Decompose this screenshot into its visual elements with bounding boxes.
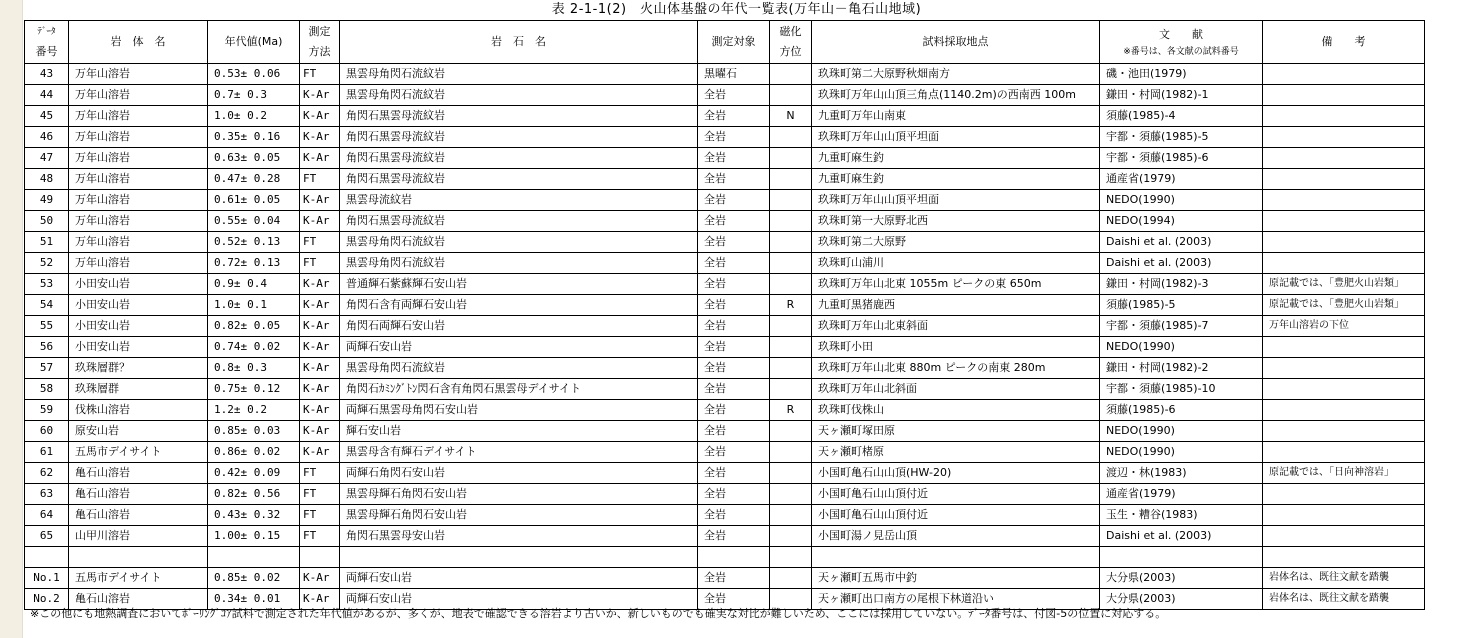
cell-reference: 鎌田・村岡(1982)-3 [1100,274,1263,295]
cell-method: K-Ar [300,442,340,463]
cell-rock-name: 黒雲母輝石角閃石安山岩 [340,505,698,526]
table-row: 62 亀石山溶岩 0.42± 0.09 FT 両輝石角閃石安山岩 全岩 小国町亀… [25,463,1425,484]
cell-rock-name: 両輝石安山岩 [340,568,698,589]
cell-magnetization [770,274,812,295]
cell-age: 0.7± 0.3 [208,85,300,106]
cell-sampling-site: 小国町亀石山山頂付近 [812,484,1100,505]
header-magnetization: 磁化 方位 [770,21,812,64]
cell-body-name: 万年山溶岩 [69,253,208,274]
cell-method: K-Ar [300,190,340,211]
cell-magnetization [770,358,812,379]
cell-remarks [1263,211,1425,232]
cell-remarks: 原記載では、「日向神溶岩」 [1263,463,1425,484]
cell-sampling-site: 九重町麻生釣 [812,148,1100,169]
cell-age: 0.82± 0.56 [208,484,300,505]
cell-target: 全岩 [698,379,770,400]
cell-rock-name: 角閃石黒雲母流紋岩 [340,211,698,232]
cell-method: FT [300,232,340,253]
cell-magnetization [770,463,812,484]
cell-rock-name: 両輝石角閃石安山岩 [340,463,698,484]
cell-body-name: 万年山溶岩 [69,106,208,127]
cell-remarks [1263,232,1425,253]
cell-method: K-Ar [300,127,340,148]
cell-reference: Daishi et al. (2003) [1100,253,1263,274]
cell-rock-name: 黒雲母流紋岩 [340,190,698,211]
cell-age: 0.52± 0.13 [208,232,300,253]
cell-method: K-Ar [300,400,340,421]
cell-body-name: 玖珠層群 [69,379,208,400]
cell-remarks [1263,106,1425,127]
cell-reference: 宇都・須藤(1985)-7 [1100,316,1263,337]
cell-age: 0.43± 0.32 [208,505,300,526]
cell-remarks [1263,64,1425,85]
table-row: 58 玖珠層群 0.75± 0.12 K-Ar 角閃石ｶﾐﾝｸﾞﾄﾝ閃石含有角閃… [25,379,1425,400]
cell-method: FT [300,526,340,547]
cell-reference: 大分県(2003) [1100,568,1263,589]
cell-rock-name: 角閃石ｶﾐﾝｸﾞﾄﾝ閃石含有角閃石黒雲母デイサイト [340,379,698,400]
cell-body-name: 小田安山岩 [69,274,208,295]
cell-rock-name: 普通輝石紫蘇輝石安山岩 [340,274,698,295]
cell-target: 全岩 [698,442,770,463]
cell-method: K-Ar [300,211,340,232]
cell-magnetization [770,127,812,148]
cell-rock-name: 黒雲母角閃石流紋岩 [340,64,698,85]
cell-body-name: 小田安山岩 [69,295,208,316]
cell-sampling-site: 玖珠町万年山山頂三角点(1140.2m)の西南西 100m [812,85,1100,106]
cell-magnetization [770,505,812,526]
cell-remarks [1263,85,1425,106]
cell-age: 0.47± 0.28 [208,169,300,190]
table-row: 63 亀石山溶岩 0.82± 0.56 FT 黒雲母輝石角閃石安山岩 全岩 小国… [25,484,1425,505]
header-remarks: 備 考 [1263,21,1425,64]
table-row: 43 万年山溶岩 0.53± 0.06 FT 黒雲母角閃石流紋岩 黒曜石 玖珠町… [25,64,1425,85]
cell-data-no: 63 [25,484,69,505]
cell-remarks: 万年山溶岩の下位 [1263,316,1425,337]
cell-sampling-site: 玖珠町第二大原野秋畑南方 [812,64,1100,85]
header-target: 測定対象 [698,21,770,64]
cell-sampling-site: 玖珠町伐株山 [812,400,1100,421]
cell-age: 0.55± 0.04 [208,211,300,232]
cell-target: 全岩 [698,274,770,295]
cell-remarks: 原記載では、「豊肥火山岩類」 [1263,295,1425,316]
cell-data-no: 60 [25,421,69,442]
cell-data-no: 56 [25,337,69,358]
cell-age: 0.74± 0.02 [208,337,300,358]
cell-magnetization [770,85,812,106]
cell-data-no: 46 [25,127,69,148]
cell-reference: 通産省(1979) [1100,484,1263,505]
cell-body-name: 亀石山溶岩 [69,484,208,505]
cell-age: 0.35± 0.16 [208,127,300,148]
header-body-name: 岩 体 名 [69,21,208,64]
cell-method: K-Ar [300,316,340,337]
table-row: 59 伐株山溶岩 1.2± 0.2 K-Ar 両輝石黒雲母角閃石安山岩 全岩 R… [25,400,1425,421]
cell-remarks [1263,169,1425,190]
cell-sampling-site: 玖珠町第一大原野北西 [812,211,1100,232]
cell-magnetization [770,148,812,169]
cell-target: 全岩 [698,148,770,169]
cell-body-name: 万年山溶岩 [69,127,208,148]
cell-body-name: 五馬市デイサイト [69,568,208,589]
cell-data-no: 59 [25,400,69,421]
cell-remarks [1263,421,1425,442]
cell-body-name: 山甲川溶岩 [69,526,208,547]
cell-rock-name: 両輝石黒雲母角閃石安山岩 [340,400,698,421]
cell-remarks [1263,547,1425,568]
cell-age: 0.72± 0.13 [208,253,300,274]
cell-age: 0.53± 0.06 [208,64,300,85]
cell-magnetization [770,316,812,337]
cell-target: 全岩 [698,316,770,337]
cell-target: 全岩 [698,295,770,316]
cell-magnetization [770,526,812,547]
cell-target: 全岩 [698,400,770,421]
cell-remarks [1263,526,1425,547]
cell-age: 0.85± 0.03 [208,421,300,442]
header-data-no: ﾃﾞｰﾀ 番号 [25,21,69,64]
cell-target: 黒曜石 [698,64,770,85]
cell-rock-name: 角閃石黒雲母安山岩 [340,526,698,547]
cell-data-no: 48 [25,169,69,190]
cell-sampling-site: 玖珠町万年山山頂平坦面 [812,127,1100,148]
cell-reference: NEDO(1990) [1100,337,1263,358]
cell-rock-name: 黒雲母角閃石流紋岩 [340,253,698,274]
cell-age: 0.42± 0.09 [208,463,300,484]
cell-age: 0.86± 0.02 [208,442,300,463]
cell-target: 全岩 [698,337,770,358]
table-row: 61 五馬市デイサイト 0.86± 0.02 K-Ar 黒雲母含有輝石デイサイト… [25,442,1425,463]
cell-magnetization [770,547,812,568]
cell-data-no: 43 [25,64,69,85]
cell-sampling-site: 小国町亀石山山頂(HW-20) [812,463,1100,484]
cell-body-name: 万年山溶岩 [69,232,208,253]
cell-sampling-site: 玖珠町山浦川 [812,253,1100,274]
cell-body-name: 万年山溶岩 [69,85,208,106]
cell-rock-name: 黒雲母輝石角閃石安山岩 [340,484,698,505]
header-method: 測定 方法 [300,21,340,64]
cell-method: K-Ar [300,421,340,442]
cell-rock-name: 輝石安山岩 [340,421,698,442]
cell-target: 全岩 [698,526,770,547]
cell-rock-name: 黒雲母角閃石流紋岩 [340,232,698,253]
cell-data-no: 47 [25,148,69,169]
cell-body-name: 亀石山溶岩 [69,463,208,484]
cell-magnetization [770,211,812,232]
cell-data-no: 55 [25,316,69,337]
cell-rock-name: 角閃石両輝石安山岩 [340,316,698,337]
cell-data-no: 54 [25,295,69,316]
cell-reference: 玉生・糟谷(1983) [1100,505,1263,526]
cell-data-no: 45 [25,106,69,127]
cell-remarks [1263,127,1425,148]
cell-sampling-site: 玖珠町万年山北東斜面 [812,316,1100,337]
cell-sampling-site: 玖珠町万年山北東 1055m ピークの東 650m [812,274,1100,295]
cell-age [208,547,300,568]
cell-reference: 渡辺・林(1983) [1100,463,1263,484]
table-row [25,547,1425,568]
table-row: 49 万年山溶岩 0.61± 0.05 K-Ar 黒雲母流紋岩 全岩 玖珠町万年… [25,190,1425,211]
table-row: 46 万年山溶岩 0.35± 0.16 K-Ar 角閃石黒雲母流紋岩 全岩 玖珠… [25,127,1425,148]
cell-method: K-Ar [300,568,340,589]
cell-remarks [1263,505,1425,526]
cell-method: K-Ar [300,106,340,127]
cell-body-name: 玖珠層群？ [69,358,208,379]
cell-remarks [1263,190,1425,211]
cell-age: 0.63± 0.05 [208,148,300,169]
cell-sampling-site: 玖珠町万年山山頂平坦面 [812,190,1100,211]
cell-rock-name [340,547,698,568]
cell-data-no: 53 [25,274,69,295]
cell-data-no: 51 [25,232,69,253]
cell-magnetization: R [770,295,812,316]
cell-data-no: No.1 [25,568,69,589]
cell-reference: 宇都・須藤(1985)-6 [1100,148,1263,169]
table-row: 56 小田安山岩 0.74± 0.02 K-Ar 両輝石安山岩 全岩 玖珠町小田… [25,337,1425,358]
cell-reference: NEDO(1990) [1100,190,1263,211]
header-sampling-site: 試料採取地点 [812,21,1100,64]
cell-body-name: 五馬市デイサイト [69,442,208,463]
cell-reference: Daishi et al. (2003) [1100,232,1263,253]
table-row: 53 小田安山岩 0.9± 0.4 K-Ar 普通輝石紫蘇輝石安山岩 全岩 玖珠… [25,274,1425,295]
cell-reference: 宇都・須藤(1985)-10 [1100,379,1263,400]
cell-reference: NEDO(1990) [1100,421,1263,442]
cell-age: 1.2± 0.2 [208,400,300,421]
cell-magnetization [770,442,812,463]
cell-data-no: 58 [25,379,69,400]
cell-reference: 鎌田・村岡(1982)-1 [1100,85,1263,106]
cell-target: 全岩 [698,127,770,148]
cell-body-name: 万年山溶岩 [69,148,208,169]
cell-body-name: 小田安山岩 [69,337,208,358]
cell-target: 全岩 [698,169,770,190]
cell-target: 全岩 [698,253,770,274]
cell-target: 全岩 [698,106,770,127]
cell-sampling-site: 九重町万年山南東 [812,106,1100,127]
cell-method: FT [300,64,340,85]
cell-body-name: 原安山岩 [69,421,208,442]
cell-sampling-site: 玖珠町小田 [812,337,1100,358]
cell-method: FT [300,169,340,190]
cell-remarks [1263,442,1425,463]
table-row: 57 玖珠層群？ 0.8± 0.3 K-Ar 黒雲母角閃石流紋岩 全岩 玖珠町万… [25,358,1425,379]
footnote: ※この他にも地熱調査においてﾎﾞｰﾘﾝｸﾞｺｱ試料で測定された年代値があるが、多… [30,606,1166,622]
cell-body-name: 亀石山溶岩 [69,505,208,526]
cell-remarks [1263,148,1425,169]
table-row: 45 万年山溶岩 1.0± 0.2 K-Ar 角閃石黒雲母流紋岩 全岩 N 九重… [25,106,1425,127]
cell-method: K-Ar [300,295,340,316]
cell-sampling-site [812,547,1100,568]
table-row: 50 万年山溶岩 0.55± 0.04 K-Ar 角閃石黒雲母流紋岩 全岩 玖珠… [25,211,1425,232]
table-row: 60 原安山岩 0.85± 0.03 K-Ar 輝石安山岩 全岩 天ヶ瀬町塚田原… [25,421,1425,442]
cell-magnetization: R [770,400,812,421]
cell-age: 0.75± 0.12 [208,379,300,400]
table-row: 65 山甲川溶岩 1.00± 0.15 FT 角閃石黒雲母安山岩 全岩 小国町湯… [25,526,1425,547]
cell-magnetization [770,169,812,190]
cell-method: K-Ar [300,379,340,400]
cell-reference: 宇都・須藤(1985)-5 [1100,127,1263,148]
cell-body-name: 万年山溶岩 [69,211,208,232]
age-table: ﾃﾞｰﾀ 番号 岩 体 名 年代値(Ma) 測定 方法 岩 石 名 測定対象 磁… [24,20,1425,610]
cell-remarks [1263,379,1425,400]
cell-age: 1.0± 0.2 [208,106,300,127]
cell-target: 全岩 [698,358,770,379]
cell-target: 全岩 [698,484,770,505]
cell-data-no: 57 [25,358,69,379]
cell-sampling-site: 玖珠町万年山北東 880m ピークの南東 280m [812,358,1100,379]
cell-remarks: 岩体名は、既往文献を踏襲 [1263,568,1425,589]
cell-target: 全岩 [698,421,770,442]
cell-age: 1.0± 0.1 [208,295,300,316]
cell-sampling-site: 玖珠町万年山北斜面 [812,379,1100,400]
cell-reference: 通産省(1979) [1100,169,1263,190]
cell-age: 0.61± 0.05 [208,190,300,211]
cell-method: K-Ar [300,148,340,169]
cell-magnetization [770,232,812,253]
cell-reference: Daishi et al. (2003) [1100,526,1263,547]
cell-reference: 須藤(1985)-4 [1100,106,1263,127]
cell-body-name: 万年山溶岩 [69,169,208,190]
cell-sampling-site: 小国町亀石山山頂付近 [812,505,1100,526]
cell-sampling-site: 玖珠町第二大原野 [812,232,1100,253]
cell-reference [1100,547,1263,568]
cell-data-no: 65 [25,526,69,547]
table-row: 47 万年山溶岩 0.63± 0.05 K-Ar 角閃石黒雲母流紋岩 全岩 九重… [25,148,1425,169]
cell-age: 0.85± 0.02 [208,568,300,589]
cell-body-name: 万年山溶岩 [69,190,208,211]
header-reference: 文 献 ※番号は、各文献の試料番号 [1100,21,1263,64]
cell-remarks: 原記載では、「豊肥火山岩類」 [1263,274,1425,295]
cell-target: 全岩 [698,190,770,211]
cell-data-no: 61 [25,442,69,463]
table-row: 51 万年山溶岩 0.52± 0.13 FT 黒雲母角閃石流紋岩 全岩 玖珠町第… [25,232,1425,253]
cell-data-no: 64 [25,505,69,526]
cell-target: 全岩 [698,568,770,589]
cell-sampling-site: 天ヶ瀬町楮原 [812,442,1100,463]
table-row: 64 亀石山溶岩 0.43± 0.32 FT 黒雲母輝石角閃石安山岩 全岩 小国… [25,505,1425,526]
cell-reference: NEDO(1994) [1100,211,1263,232]
cell-target: 全岩 [698,463,770,484]
cell-target [698,547,770,568]
cell-sampling-site: 天ヶ瀬町五馬市中釣 [812,568,1100,589]
cell-method: FT [300,484,340,505]
cell-rock-name: 黒雲母含有輝石デイサイト [340,442,698,463]
cell-method: K-Ar [300,358,340,379]
table-row: 44 万年山溶岩 0.7± 0.3 K-Ar 黒雲母角閃石流紋岩 全岩 玖珠町万… [25,85,1425,106]
header-rock-name: 岩 石 名 [340,21,698,64]
cell-rock-name: 両輝石安山岩 [340,337,698,358]
cell-body-name [69,547,208,568]
cell-remarks [1263,253,1425,274]
cell-method: K-Ar [300,274,340,295]
cell-remarks [1263,400,1425,421]
cell-method: K-Ar [300,337,340,358]
cell-data-no [25,547,69,568]
table-row: No.1 五馬市デイサイト 0.85± 0.02 K-Ar 両輝石安山岩 全岩 … [25,568,1425,589]
cell-magnetization [770,568,812,589]
cell-age: 1.00± 0.15 [208,526,300,547]
cell-method [300,547,340,568]
cell-remarks: 岩体名は、既往文献を踏襲 [1263,589,1425,610]
cell-magnetization [770,421,812,442]
cell-method: FT [300,253,340,274]
cell-magnetization [770,253,812,274]
cell-data-no: 44 [25,85,69,106]
header-age: 年代値(Ma) [208,21,300,64]
table-row: 52 万年山溶岩 0.72± 0.13 FT 黒雲母角閃石流紋岩 全岩 玖珠町山… [25,253,1425,274]
cell-sampling-site: 小国町湯ノ見岳山頂 [812,526,1100,547]
cell-rock-name: 黒雲母角閃石流紋岩 [340,85,698,106]
cell-age: 0.9± 0.4 [208,274,300,295]
cell-rock-name: 角閃石黒雲母流紋岩 [340,148,698,169]
cell-magnetization: N [770,106,812,127]
cell-rock-name: 角閃石黒雲母流紋岩 [340,106,698,127]
cell-rock-name: 黒雲母角閃石流紋岩 [340,358,698,379]
table-row: 55 小田安山岩 0.82± 0.05 K-Ar 角閃石両輝石安山岩 全岩 玖珠… [25,316,1425,337]
cell-reference: NEDO(1990) [1100,442,1263,463]
cell-rock-name: 角閃石黒雲母流紋岩 [340,127,698,148]
cell-data-no: 50 [25,211,69,232]
table-row: 48 万年山溶岩 0.47± 0.28 FT 角閃石黒雲母流紋岩 全岩 九重町麻… [25,169,1425,190]
cell-target: 全岩 [698,211,770,232]
cell-age: 0.82± 0.05 [208,316,300,337]
cell-target: 全岩 [698,85,770,106]
cell-target: 全岩 [698,505,770,526]
cell-data-no: 49 [25,190,69,211]
cell-magnetization [770,484,812,505]
cell-data-no: 52 [25,253,69,274]
cell-sampling-site: 天ヶ瀬町塚田原 [812,421,1100,442]
cell-reference: 須藤(1985)-5 [1100,295,1263,316]
cell-method: FT [300,463,340,484]
cell-rock-name: 角閃石黒雲母流紋岩 [340,169,698,190]
cell-remarks [1263,358,1425,379]
cell-age: 0.8± 0.3 [208,358,300,379]
cell-data-no: 62 [25,463,69,484]
cell-sampling-site: 九重町黒猪鹿西 [812,295,1100,316]
table-title: 表 2-1-1(2) 火山体基盤の年代一覧表(万年山－亀石山地域) [0,2,1473,18]
cell-remarks [1263,484,1425,505]
cell-method: K-Ar [300,85,340,106]
cell-sampling-site: 九重町麻生釣 [812,169,1100,190]
cell-rock-name: 角閃石含有両輝石安山岩 [340,295,698,316]
cell-method: FT [300,505,340,526]
page-margin-strip [0,0,23,638]
cell-magnetization [770,64,812,85]
cell-remarks [1263,337,1425,358]
cell-target: 全岩 [698,232,770,253]
header-row: ﾃﾞｰﾀ 番号 岩 体 名 年代値(Ma) 測定 方法 岩 石 名 測定対象 磁… [25,21,1425,64]
cell-reference: 鎌田・村岡(1982)-2 [1100,358,1263,379]
cell-body-name: 万年山溶岩 [69,64,208,85]
cell-magnetization [770,379,812,400]
cell-reference: 須藤(1985)-6 [1100,400,1263,421]
cell-reference: 磯・池田(1979) [1100,64,1263,85]
table-row: 54 小田安山岩 1.0± 0.1 K-Ar 角閃石含有両輝石安山岩 全岩 R … [25,295,1425,316]
cell-magnetization [770,337,812,358]
cell-body-name: 小田安山岩 [69,316,208,337]
cell-magnetization [770,190,812,211]
cell-body-name: 伐株山溶岩 [69,400,208,421]
